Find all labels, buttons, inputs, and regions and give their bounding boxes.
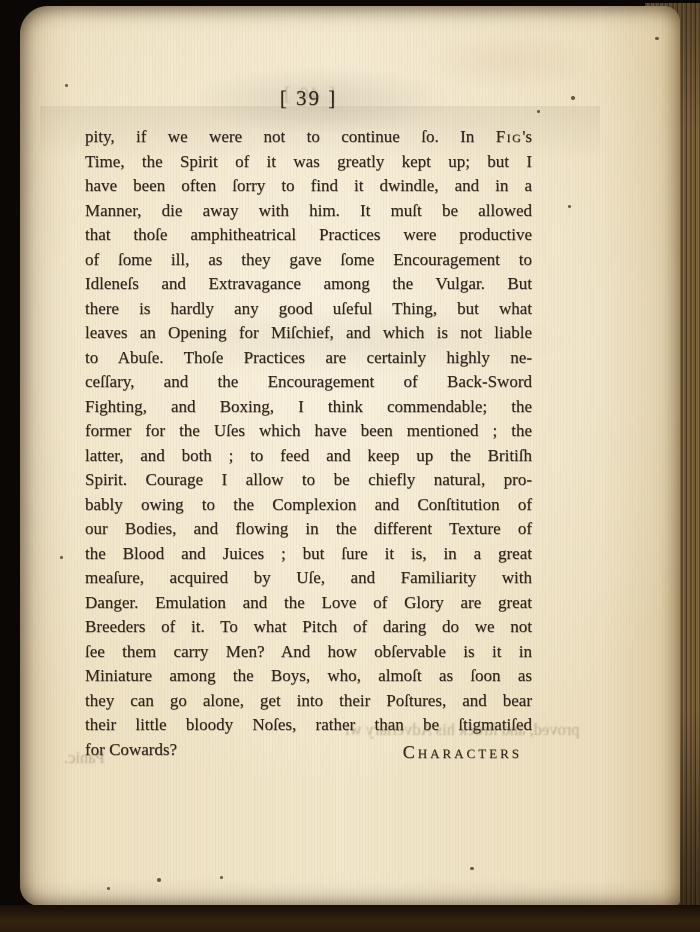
text-line-21: Breeders of it. To what Pitch of daring …: [85, 615, 532, 640]
foxing-speck: [107, 887, 110, 890]
foxing-speck: [60, 556, 63, 559]
text-line-8: there is hardly any good uſeful Thing, b…: [85, 297, 532, 322]
small-caps-word: Fig: [496, 127, 523, 146]
foxing-speck: [571, 96, 575, 100]
text-line-14: latter, and both ; to feed and keep up t…: [85, 444, 532, 469]
text-segment: 's: [522, 127, 532, 146]
text-line-7: Idleneſs and Extravagance among the Vulg…: [85, 272, 532, 297]
foxing-speck: [220, 876, 223, 879]
text-line-17: our Bodies, and flowing in the different…: [85, 517, 532, 542]
text-line-23: Miniature among the Boys, who, almoſt as…: [85, 664, 532, 689]
text-line-11: ceſſary, and the Encouragement of Back-S…: [85, 370, 532, 395]
body-text-block: pity, if we were not to continue ſo. In …: [85, 125, 532, 762]
text-line-16: bably owing to the Complexion and Conſti…: [85, 493, 532, 518]
foxing-speck: [655, 37, 659, 40]
text-line-10: to Abuſe. Thoſe Practices are certainly …: [85, 346, 532, 371]
text-line-4: Manner, die away with him. It muſt be al…: [85, 199, 532, 224]
foxing-speck: [157, 878, 161, 882]
text-line-24: they can go alone, get into their Poſtur…: [85, 689, 532, 714]
book-bottom-edge: [0, 905, 700, 932]
text-line-5: that thoſe amphitheatrical Practices wer…: [85, 223, 532, 248]
page-number-header: [ 39 ]: [85, 86, 532, 111]
text-line-15: Spirit. Courage I allow to be chiefly na…: [85, 468, 532, 493]
text-line-13: former for the Uſes which have been ment…: [85, 419, 532, 444]
scanned-book-page-screenshot: { "doc": { "header": "[ 39 ]", "body_lin…: [0, 0, 700, 932]
text-line-22: ſee them carry Men? And how obſervable i…: [85, 640, 532, 665]
text-line-18: the Blood and Juices ; but ſure it is, i…: [85, 542, 532, 567]
catchword: Characters: [403, 742, 522, 763]
text-line-12: Fighting, and Boxing, I think commendabl…: [85, 395, 532, 420]
foxing-speck: [537, 110, 540, 113]
text-line-1: pity, if we were not to continue ſo. In …: [85, 125, 532, 150]
bleedthrough-text-word: Panic.: [64, 748, 105, 768]
book-page: [ 40 ] [ 39 ] pity, if we were not to co…: [20, 6, 680, 906]
bleedthrough-text-line: proved, and ſtruck his Adverſary wi: [345, 720, 580, 740]
foxing-speck: [65, 84, 68, 87]
text-segment: pity, if we were not to continue ſo. In: [85, 127, 496, 146]
text-line-19: meaſure, acquired by Uſe, and Familiarit…: [85, 566, 532, 591]
text-line-3: have been often ſorry to find it dwindle…: [85, 174, 532, 199]
foxing-speck: [568, 205, 571, 208]
foxing-speck: [470, 867, 474, 870]
text-line-9: leaves an Opening for Miſchief, and whic…: [85, 321, 532, 346]
text-line-2: Time, the Spirit of it was greatly kept …: [85, 150, 532, 175]
text-line-20: Danger. Emulation and the Love of Glory …: [85, 591, 532, 616]
text-line-6: of ſome ill, as they gave ſome Encourage…: [85, 248, 532, 273]
